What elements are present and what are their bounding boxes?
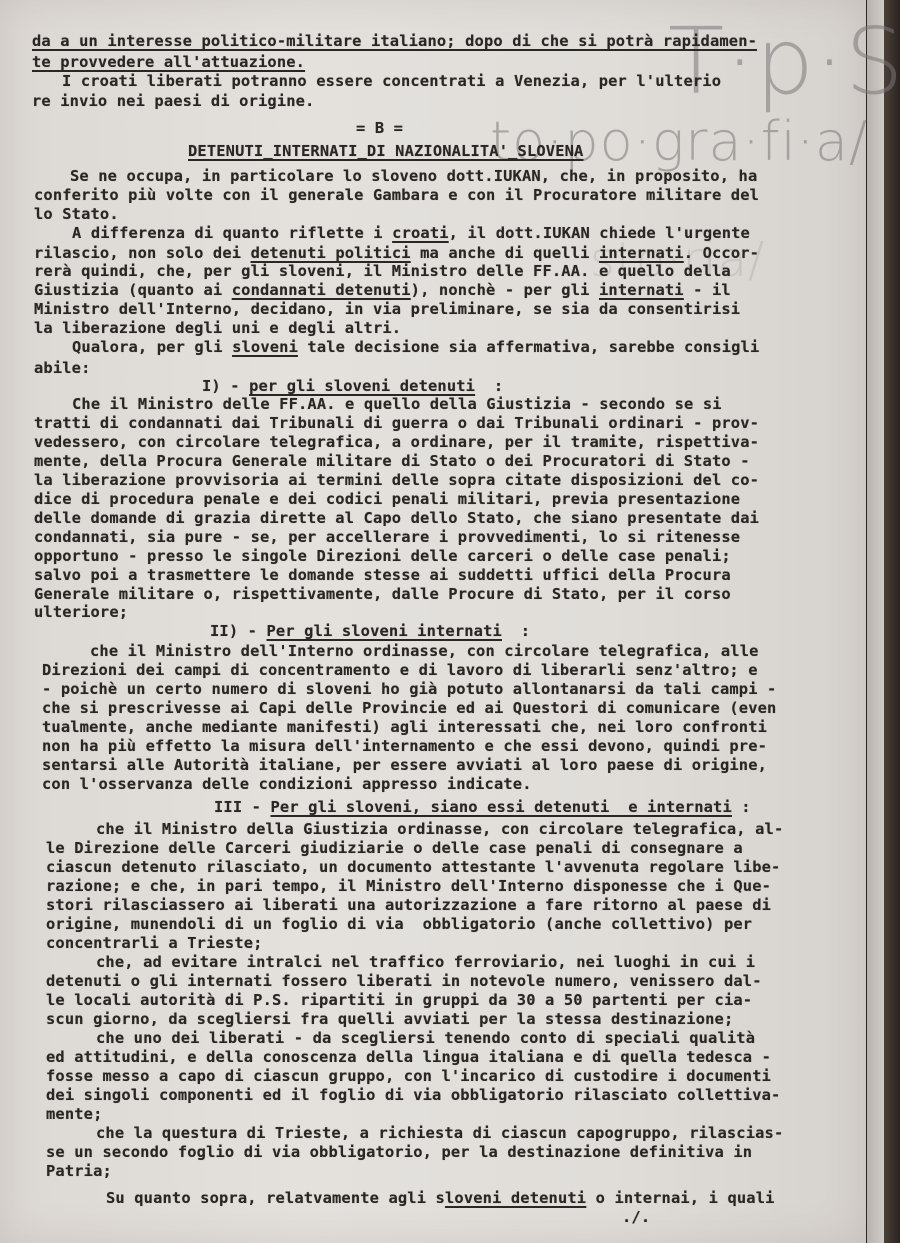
text-line: le Direzione delle Carceri giudiziarie o… [46, 839, 743, 857]
text-run: che il Ministro dell'Interno ordinasse, … [90, 642, 759, 660]
text-line: III - Per gli sloveni, siano essi detenu… [214, 798, 751, 816]
text-line: da a un interesse politico-militare ital… [32, 32, 757, 50]
text-line: ulteriore; [34, 603, 128, 621]
text-line: te provvedere all'attuazione. [32, 53, 305, 71]
text-line: dice di procedura penale e dei codici pe… [34, 490, 740, 508]
text-line: A differenza di quanto riflette i croati… [72, 224, 750, 242]
text-run: Giustizia (quanto ai [34, 281, 232, 299]
text-line: rerà quindi, che, per gli sloveni, il Mi… [34, 262, 731, 280]
text-line: mente; [46, 1105, 103, 1123]
underlined-text: Per gli sloveni internati [267, 622, 502, 640]
underlined-text: internati [599, 281, 684, 299]
text-run: la liberazione degli uni e degli altri. [34, 319, 401, 337]
text-run: Qualora, per gli [72, 338, 232, 356]
text-run: fosse messo a capo di ciascun gruppo, co… [46, 1067, 771, 1085]
underlined-text: loveni detenuti [445, 1189, 586, 1207]
text-run: Direzioni dei campi di concentramento e … [42, 661, 758, 679]
text-run: I) - [202, 377, 249, 395]
text-run: che, ad evitare intralci nel traffico fe… [96, 953, 755, 971]
text-run: mente; [46, 1105, 103, 1123]
text-run: conferito più volte con il generale Gamb… [34, 186, 759, 204]
text-line: Giustizia (quanto ai condannati detenuti… [34, 281, 731, 299]
text-line: sentarsi alle Autorità italiane, per ess… [42, 756, 767, 774]
text-run: - poichè un certo numero di sloveni ho g… [42, 680, 776, 698]
text-run: Patria; [46, 1162, 112, 1180]
text-run: razione; e che, in pari tempo, il Minist… [46, 877, 771, 895]
text-run: ma anche di quelli [411, 244, 599, 262]
text-line: dei singoli componenti ed il foglio di v… [46, 1086, 780, 1104]
text-run: o internai, i quali [586, 1189, 774, 1207]
text-line: origine, munendoli di un foglio di via o… [46, 915, 752, 933]
text-line: che uno dei liberati - da scegliersi ten… [96, 1029, 755, 1047]
text-line: I) - per gli sloveni detenuti : [202, 377, 503, 395]
text-run: detenuti o gli internati fossero liberat… [46, 972, 762, 990]
text-run: ed attitudini, e della conoscenza della … [46, 1048, 771, 1066]
text-run: , il dott.IUKAN chiede l'urgente [449, 224, 750, 242]
text-run: Su quanto sopra, relatvamente agli s [106, 1189, 445, 1207]
text-run: vedessero, con circolare telegrafica, a … [34, 433, 759, 451]
text-line: con l'osservanza delle condizioni appres… [42, 775, 532, 793]
text-line: scun giorno, da scegliersi fra quelli av… [46, 1010, 733, 1028]
underlined-text: per gli sloveni detenuti [249, 377, 475, 395]
text-run: tratti di condannati dai Tribunali di gu… [34, 414, 759, 432]
text-run: sentarsi alle Autorità italiane, per ess… [42, 756, 767, 774]
text-run: Se ne occupa, in particolare lo sloveno … [70, 167, 757, 185]
text-line: Direzioni dei campi di concentramento e … [42, 661, 758, 679]
text-line: I croati liberati potranno essere concen… [62, 72, 721, 90]
text-run: salvo poi a trasmettere le domande stess… [34, 566, 731, 584]
text-line: delle domande di grazia dirette al Capo … [34, 509, 759, 527]
text-line: Qualora, per gli sloveni tale decisione … [72, 338, 759, 356]
text-run: che la questura di Trieste, a richiesta … [96, 1124, 783, 1142]
text-line: tratti di condannati dai Tribunali di gu… [34, 414, 759, 432]
background-edge [884, 0, 900, 1243]
text-run: delle domande di grazia dirette al Capo … [34, 509, 759, 527]
text-run: stori rilasciassero ai liberati una auto… [46, 896, 771, 914]
text-line: fosse messo a capo di ciascun gruppo, co… [46, 1067, 771, 1085]
text-run: A differenza di quanto riflette i [72, 224, 392, 242]
underlined-text: detenuti politici [251, 244, 411, 262]
text-line: detenuti o gli internati fossero liberat… [46, 972, 762, 990]
text-run: se un secondo foglio di via obbligatorio… [46, 1143, 752, 1161]
text-run: abile: [34, 359, 91, 377]
text-line: non ha più effetto la misura dell'intern… [42, 737, 767, 755]
text-line: concentrarli a Trieste; [46, 934, 263, 952]
underlined-text: te provvedere all'attuazione. [32, 53, 305, 71]
text-run: scun giorno, da scegliersi fra quelli av… [46, 1010, 733, 1028]
text-run: I croati liberati potranno essere concen… [62, 72, 721, 90]
text-line: condannati, sia pure - se, per accellera… [34, 528, 740, 546]
text-run: ciascun detenuto rilasciato, un document… [46, 858, 780, 876]
text-run: che uno dei liberati - da scegliersi ten… [96, 1029, 755, 1047]
text-run: Ministro dell'Interno, decidano, in via … [34, 300, 740, 318]
text-line: stori rilasciassero ai liberati una auto… [46, 896, 771, 914]
text-line: DETENUTI_INTERNATI_DI NAZIONALITA'_SLOVE… [188, 142, 583, 160]
text-line: che la questura di Trieste, a richiesta … [96, 1124, 783, 1142]
text-run: II) - [210, 622, 267, 640]
text-run: rilascio, non solo dei [34, 244, 251, 262]
text-line: Ministro dell'Interno, decidano, in via … [34, 300, 740, 318]
text-line: opportuno - presso le singole Direzioni … [34, 547, 731, 565]
underlined-text: da a un interesse politico-militare ital… [32, 32, 757, 50]
text-line: lo Stato. [34, 205, 119, 223]
text-line: ./. [622, 1208, 650, 1226]
text-run: tale decisione sia affermativa, sarebbe … [298, 338, 759, 356]
text-run: dice di procedura penale e dei codici pe… [34, 490, 740, 508]
text-line: Se ne occupa, in particolare lo sloveno … [70, 167, 757, 185]
text-line: mente, della Procura Generale militare d… [34, 452, 750, 470]
text-run: con l'osservanza delle condizioni appres… [42, 775, 532, 793]
text-run: re invio nei paesi di origine. [32, 92, 314, 110]
text-line: re invio nei paesi di origine. [32, 92, 314, 110]
text-line: II) - Per gli sloveni internati : [210, 622, 530, 640]
text-run: che si prescrivesse ai Capi delle Provin… [42, 699, 776, 717]
text-run: Che il Ministro delle FF.AA. e quello de… [72, 395, 722, 413]
text-run: che il Ministro della Giustizia ordinass… [96, 820, 783, 838]
underlined-text: Per gli sloveni, siano essi detenuti e i… [271, 798, 732, 816]
text-line: razione; e che, in pari tempo, il Minist… [46, 877, 771, 895]
text-line: che si prescrivesse ai Capi delle Provin… [42, 699, 776, 717]
text-line: che il Ministro della Giustizia ordinass… [96, 820, 783, 838]
text-run: - il [684, 281, 731, 299]
text-line: la liberazione degli uni e degli altri. [34, 319, 401, 337]
text-line: = B = [356, 119, 403, 137]
text-run: concentrarli a Trieste; [46, 934, 263, 952]
text-run: le locali autorità di P.S. ripartiti in … [46, 991, 752, 1009]
text-line: abile: [34, 359, 91, 377]
text-line: vedessero, con circolare telegrafica, a … [34, 433, 759, 451]
text-line: Che il Ministro delle FF.AA. e quello de… [72, 395, 722, 413]
text-line: Generale militare o, rispettivamente, da… [34, 585, 731, 603]
text-run: Generale militare o, rispettivamente, da… [34, 585, 731, 603]
underlined-text: sloveni [232, 338, 298, 356]
underlined-text: DETENUTI_INTERNATI_DI NAZIONALITA'_SLOVE… [188, 142, 583, 160]
text-line: conferito più volte con il generale Gamb… [34, 186, 759, 204]
text-run: : [732, 798, 751, 816]
text-run: non ha più effetto la misura dell'intern… [42, 737, 767, 755]
text-run: dei singoli componenti ed il foglio di v… [46, 1086, 780, 1104]
text-run: . Occor- [684, 244, 759, 262]
text-line: Su quanto sopra, relatvamente agli slove… [106, 1189, 775, 1207]
text-run: : [502, 622, 530, 640]
text-run: tualmente, anche mediante manifesti) agl… [42, 718, 767, 736]
text-line: ed attitudini, e della conoscenza della … [46, 1048, 771, 1066]
text-run: ulteriore; [34, 603, 128, 621]
text-run: la liberazione provvisoria ai termini de… [34, 471, 759, 489]
text-run: : [475, 377, 503, 395]
underlined-text: internati [599, 244, 684, 262]
underlined-text: croati [392, 224, 449, 242]
text-line: se un secondo foglio di via obbligatorio… [46, 1143, 752, 1161]
text-run: rerà quindi, che, per gli sloveni, il Mi… [34, 262, 731, 280]
text-line: salvo poi a trasmettere le domande stess… [34, 566, 731, 584]
text-run: condannati, sia pure - se, per accellera… [34, 528, 740, 546]
underlined-text: condannati detenuti [232, 281, 411, 299]
text-run: opportuno - presso le singole Direzioni … [34, 547, 731, 565]
text-run: origine, munendoli di un foglio di via o… [46, 915, 752, 933]
text-run: III - [214, 798, 271, 816]
text-run: ), nonchè - per gli [411, 281, 599, 299]
text-line: le locali autorità di P.S. ripartiti in … [46, 991, 752, 1009]
text-line: - poichè un certo numero di sloveni ho g… [42, 680, 776, 698]
text-line: la liberazione provvisoria ai termini de… [34, 471, 759, 489]
text-line: tualmente, anche mediante manifesti) agl… [42, 718, 767, 736]
text-run: lo Stato. [34, 205, 119, 223]
text-line: rilascio, non solo dei detenuti politici… [34, 244, 759, 262]
text-run: le Direzione delle Carceri giudiziarie o… [46, 839, 743, 857]
text-run: = B = [356, 119, 403, 137]
text-line: che il Ministro dell'Interno ordinasse, … [90, 642, 759, 660]
text-line: ciascun detenuto rilasciato, un document… [46, 858, 780, 876]
page-edge [866, 0, 885, 1243]
text-run: mente, della Procura Generale militare d… [34, 452, 750, 470]
text-run: ./. [622, 1208, 650, 1226]
text-line: che, ad evitare intralci nel traffico fe… [96, 953, 755, 971]
text-line: Patria; [46, 1162, 112, 1180]
